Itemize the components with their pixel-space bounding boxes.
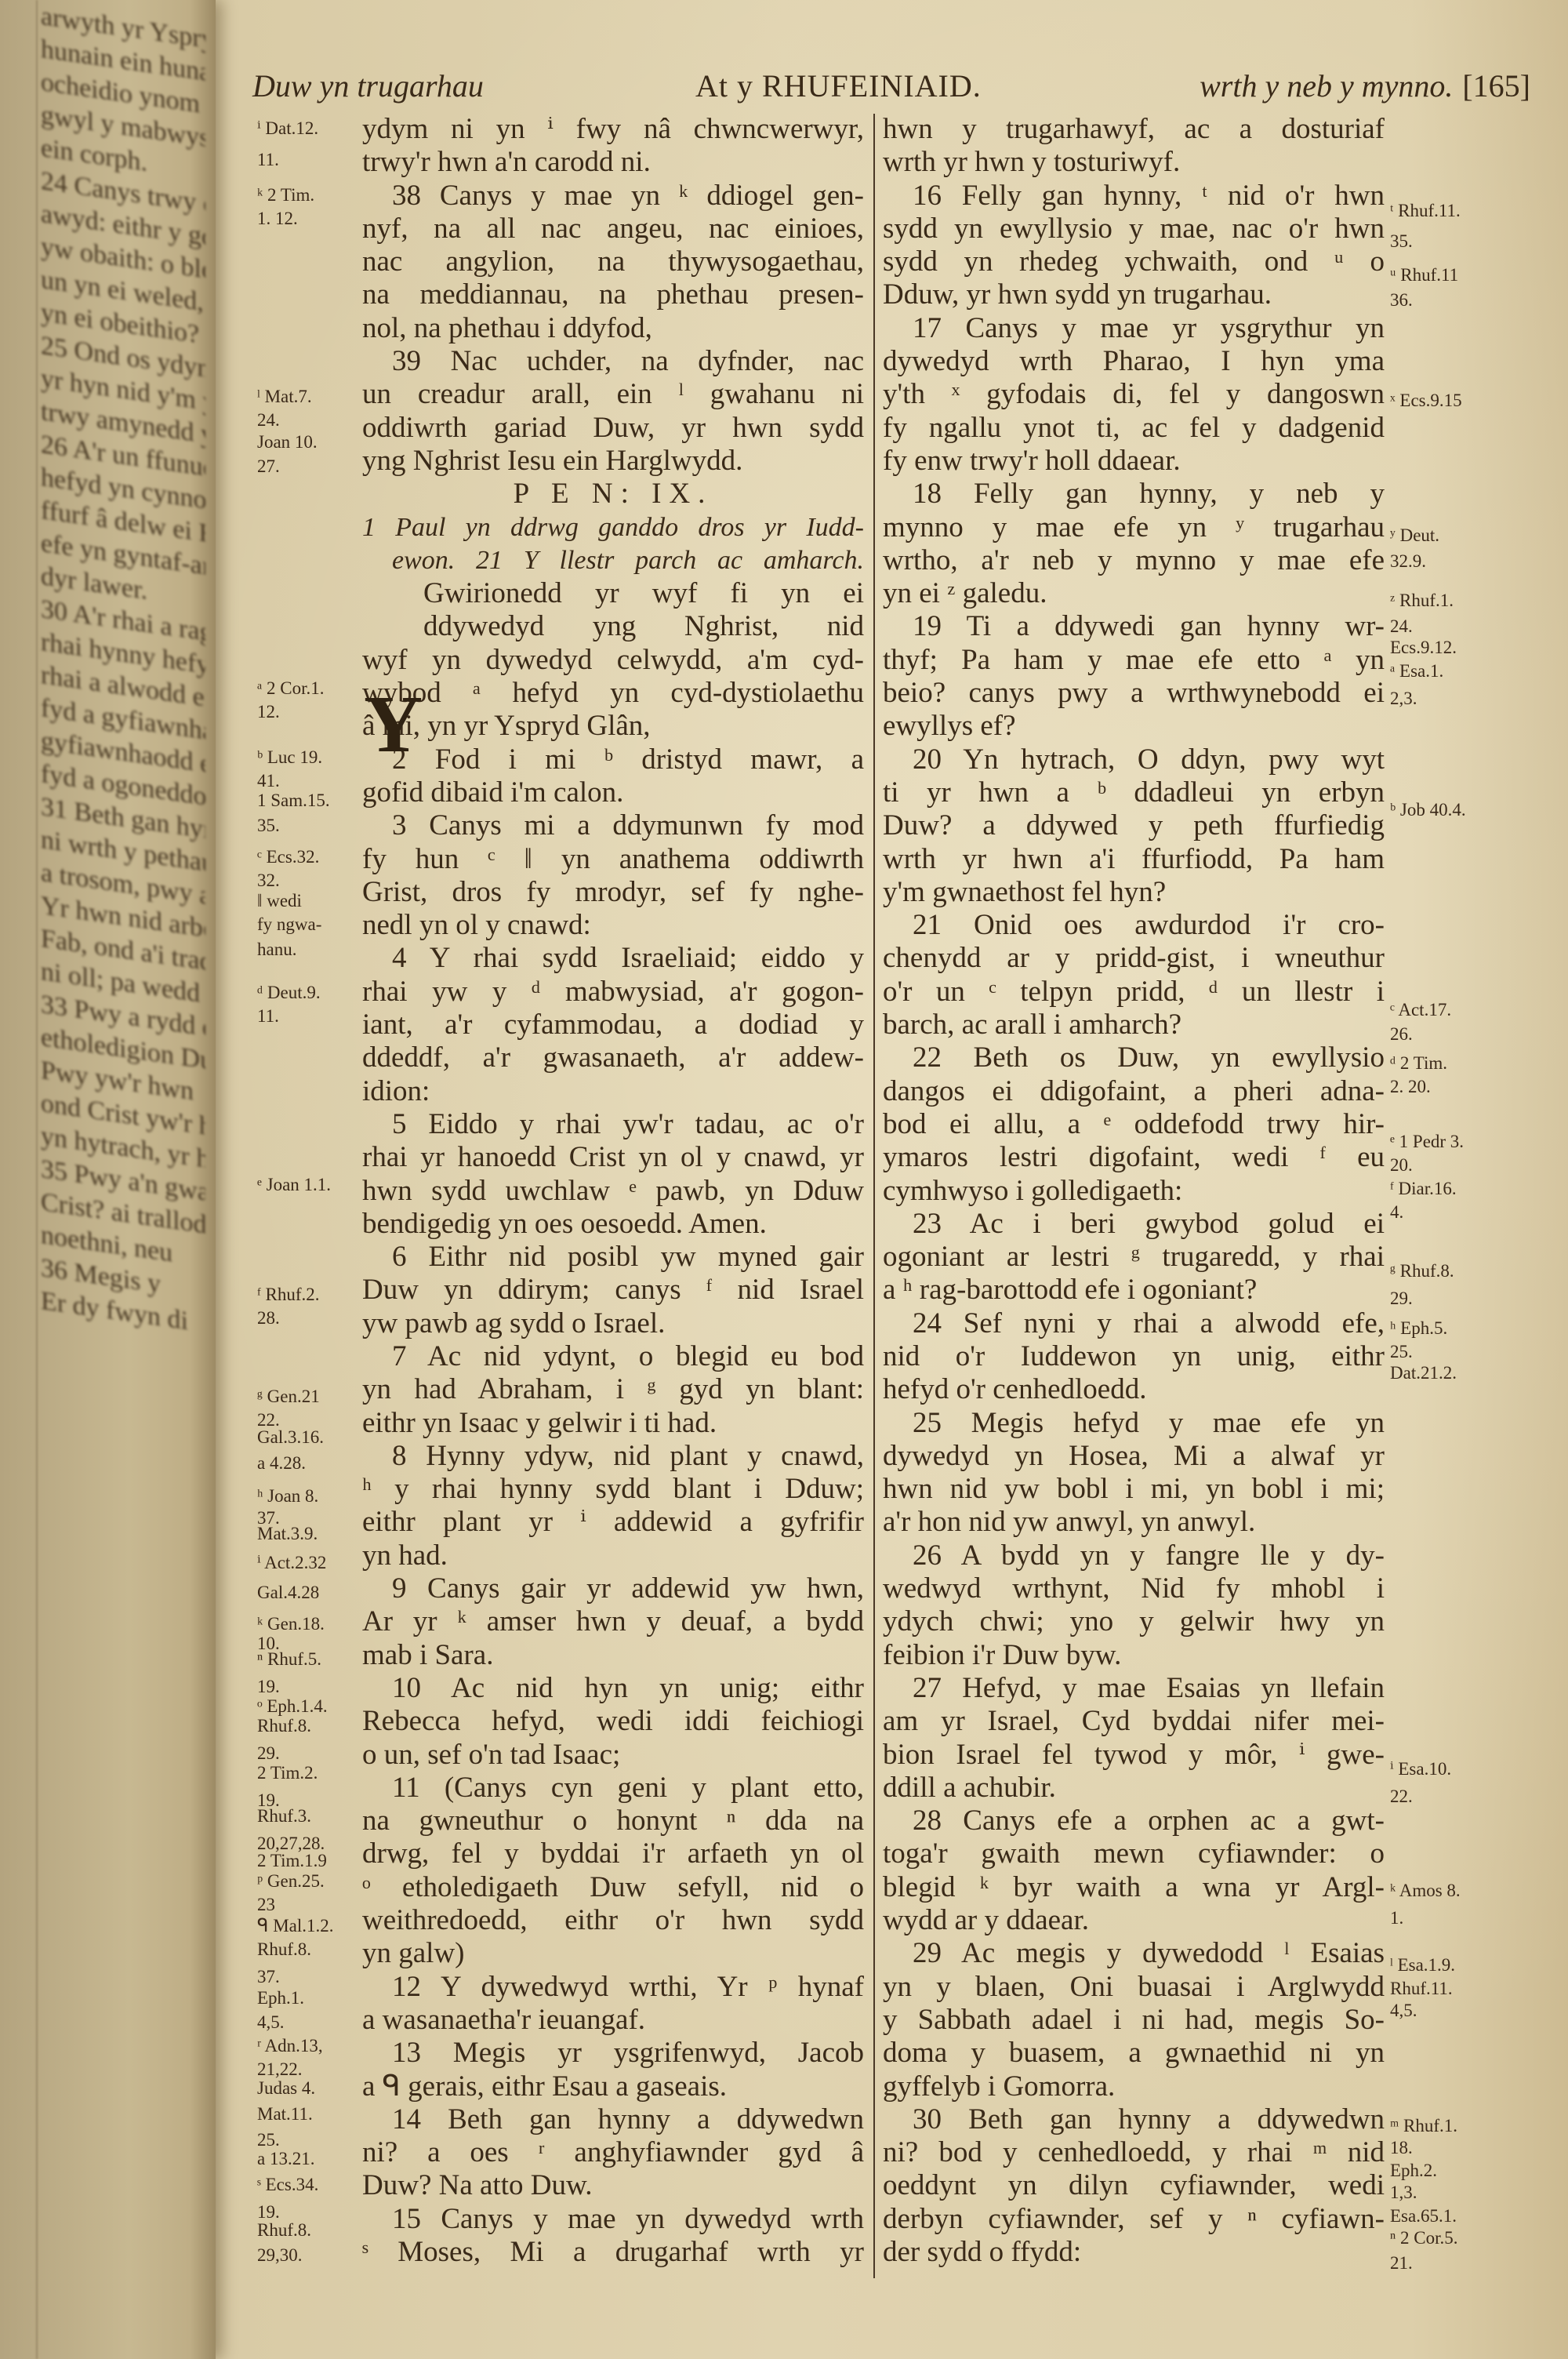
text-line: der sydd o ffydd: — [883, 2236, 1385, 2269]
margin-reference: 20. — [1390, 1157, 1413, 1173]
text-line: bion Israel fel tywod y môr, ⁱ gwe- — [883, 1739, 1385, 1772]
text-line: hwn y trugarhawyf, ac a dosturiaf — [883, 113, 1385, 146]
margin-reference: Mat.11. — [257, 2106, 313, 2122]
margin-reference: ˡ Mat.7. — [257, 388, 312, 405]
text-line: 24 Sef nyni y rhai a alwodd efe, — [883, 1307, 1385, 1340]
margin-reference: 41. — [257, 772, 280, 789]
margin-reference: ᵃ 2 Cor.1. — [257, 680, 325, 696]
margin-reference: 32. — [257, 872, 280, 889]
text-line: yn galw) — [362, 1937, 864, 1970]
margin-reference: ᵒ Eph.1.4. — [257, 1698, 328, 1714]
text-line: ᵒ etholedigaeth Duw sefyll, nid o — [362, 1871, 864, 1904]
margin-reference: ᵏ Amos 8. — [1390, 1882, 1461, 1899]
margin-reference: Gal.4.28 — [257, 1584, 319, 1601]
margin-reference: fy ngwa- — [257, 916, 321, 932]
margin-reference: 11. — [257, 1008, 279, 1024]
text-line: eithr yn Isaac y gelwir i ti had. — [362, 1407, 864, 1440]
margin-reference: 1. 12. — [257, 210, 298, 227]
text-line: sydd yn ewyllysio y mae, nac o'r hwn — [883, 213, 1385, 245]
text-line: ewyllys ef? — [883, 710, 1385, 743]
margin-reference: 21,22. — [257, 2061, 303, 2077]
text-line: y Sabbath adael i ni had, megis So- — [883, 2004, 1385, 2037]
text-line: 12 Y dywedwyd wrthi, Yr ᵖ hynaf — [362, 1971, 864, 2004]
text-line: nedl yn ol y cnawd: — [362, 909, 864, 942]
margin-reference: 25. — [257, 2132, 280, 2148]
margin-reference: ᵍ Gen.21 — [257, 1388, 320, 1405]
text-line: Ar yr ᵏ amser hwn y deuaf, a bydd — [362, 1605, 864, 1638]
margin-reference: 4,5. — [1390, 2002, 1417, 2019]
margin-reference: Eph.2. — [1390, 2162, 1437, 2179]
text-line: 27 Hefyd, y mae Esaias yn llefain — [883, 1672, 1385, 1705]
text-line: 30 Beth gan hynny a ddywedwn — [883, 2103, 1385, 2136]
text-line: 26 A bydd yn y fangre lle y dy- — [883, 1539, 1385, 1572]
text-line: 6 Eithr nid posibl yw myned gair — [362, 1241, 864, 1274]
text-line: mynno y mae efe yn ʸ trugarhau — [883, 511, 1385, 544]
text-line: dangos ei ddigofaint, a pheri adna- — [883, 1075, 1385, 1108]
text-line: ddeddf, a'r gwasanaeth, a'r addew- — [362, 1041, 864, 1074]
text-line: P E N: IX. — [362, 478, 864, 511]
margin-reference: Rhuf.8. — [257, 2222, 311, 2238]
running-header: Duw yn trugarhau At y RHUFEINIAID. wrth … — [252, 67, 1530, 107]
text-line: fy enw trwy'r holl ddaear. — [883, 445, 1385, 478]
margin-reference: ᵇ Luc 19. — [257, 749, 322, 765]
text-line: 7 Ac nid ydynt, o blegid eu bod — [362, 1340, 864, 1373]
text-line: 3 Canys mi a ddymunwn fy mod — [362, 809, 864, 842]
page-number: [165] — [1462, 68, 1530, 104]
column-divider — [873, 114, 875, 2278]
text-line: wrth yr hwn y tosturiwyf. — [883, 146, 1385, 179]
margin-reference: 12. — [257, 703, 280, 720]
margin-reference: Rhuf.11. — [1390, 1980, 1453, 1997]
margin-reference: Joan 10. — [257, 434, 318, 450]
margin-reference: ᶠ Rhuf.2. — [257, 1286, 320, 1303]
margin-reference: Eph.1. — [257, 1990, 304, 2006]
margin-reference: 22. — [257, 1412, 280, 1428]
text-line: trwy'r hwn a'n carodd ni. — [362, 146, 864, 179]
text-line: Rebecca hefyd, wedi iddi feichiogi — [362, 1705, 864, 1738]
margin-reference: 32.9. — [1390, 553, 1426, 569]
text-line: oeddynt yn dilyn cyfiawnder, wedi — [883, 2169, 1385, 2202]
text-line: Duw? Na atto Duw. — [362, 2169, 864, 2202]
margin-reference: a 4.28. — [257, 1455, 306, 1471]
text-line: barch, ac arall i amharch? — [883, 1009, 1385, 1041]
margin-reference: 19. — [257, 1678, 280, 1695]
text-line: 4 Y rhai sydd Israeliaid; eiddo y — [362, 942, 864, 975]
running-head-left: Duw yn trugarhau — [252, 67, 484, 104]
text-line: ymaros lestri digofaint, wedi ᶠ eu — [883, 1141, 1385, 1174]
text-line: ewon. 21 Y llestr parch ac amharch. — [362, 544, 864, 577]
margin-reference: ᵈ 2 Tim. — [1390, 1055, 1447, 1071]
text-line: ˢ Moses, Mi a drugarhaf wrth yr — [362, 2236, 864, 2269]
text-line: gyffelyb i Gomorra. — [883, 2070, 1385, 2103]
text-line: nyf, na all nac angeu, nac einioes, — [362, 213, 864, 245]
margin-reference: 18. — [1390, 2139, 1413, 2156]
margin-reference: 11. — [257, 151, 279, 168]
book-title: At y RHUFEINIAID. — [695, 67, 982, 104]
text-line: 18 Felly gan hynny, y neb y — [883, 478, 1385, 511]
margin-reference: ⁿ Rhuf.5. — [257, 1651, 321, 1667]
margin-reference: 29. — [1390, 1290, 1413, 1307]
margin-reference: 35. — [257, 817, 280, 834]
text-line: ni? bod y cenhedloedd, y rhai ᵐ nid — [883, 2136, 1385, 2169]
margin-reference: ᶜ Act.17. — [1390, 1001, 1451, 1018]
facing-page-text: arwyth yr Yspryd,hunain ein hunain hefyd… — [41, 0, 205, 1341]
margin-reference: 4,5. — [257, 2014, 285, 2030]
text-line: 9 Canys gair yr addewid yw hwn, — [362, 1572, 864, 1605]
margin-reference: ʸ Deut. — [1390, 527, 1439, 543]
text-line: bod ei allu, a ᵉ oddefodd trwy hir- — [883, 1108, 1385, 1141]
margin-reference: 37. — [257, 1968, 280, 1985]
text-line: a ʰ rag-barottodd efe i ogoniant? — [883, 1274, 1385, 1307]
running-head-right: wrth y neb y mynno.[165] — [1200, 67, 1530, 104]
text-line: un creadur arall, ein ˡ gwahanu ni — [362, 378, 864, 411]
margin-reference: ᵗ Rhuf.11. — [1390, 202, 1461, 219]
text-line: gofid dibaid i'm calon. — [362, 776, 864, 809]
text-line: 11 (Canys cyn geni y plant etto, — [362, 1772, 864, 1805]
margin-reference: 25. — [1390, 1343, 1413, 1360]
margin-reference: 2 Tim.1.9 — [257, 1852, 327, 1869]
margin-reference: 26. — [1390, 1026, 1413, 1042]
text-line: Duw yn ddirym; canys ᶠ nid Israel — [362, 1274, 864, 1307]
margin-reference: 2. 20. — [1390, 1078, 1431, 1095]
text-line: hwn sydd uwchlaw ᵉ pawb, yn Dduw — [362, 1175, 864, 1208]
margin-reference: ‖ wedi — [257, 892, 302, 909]
text-line: hwn nid yw bobl i mi, yn bobl i mi; — [883, 1473, 1385, 1506]
text-line: Dduw, yr hwn sydd yn trugarhau. — [883, 278, 1385, 311]
margin-reference: Gal.3.16. — [257, 1429, 324, 1445]
margin-reference: ʳ Adn.13, — [257, 2037, 323, 2054]
text-line: 8 Hynny ydyw, nid plant y cnawd, — [362, 1440, 864, 1473]
text-line: 16 Felly gan hynny, ᵗ nid o'r hwn — [883, 180, 1385, 213]
text-line: a wasanaetha'r ieuangaf. — [362, 2004, 864, 2037]
text-line: Gwirionedd yr wyf fi yn ei — [362, 577, 864, 610]
text-line: 1 Paul yn ddrwg ganddo dros yr Iudd- — [362, 511, 864, 544]
margin-reference: ˣ Ecs.9.15 — [1390, 392, 1462, 409]
margin-reference: Ecs.9.12. — [1390, 639, 1457, 656]
text-line: 21 Onid oes awdurdod i'r cro- — [883, 909, 1385, 942]
text-line: 25 Megis hefyd y mae efe yn — [883, 1407, 1385, 1440]
margin-reference: 27. — [257, 458, 280, 474]
left-text-column: ydym ni yn ⁱ fwy nâ chwncwerwyr,trwy'r h… — [362, 113, 864, 2269]
text-line: 5 Eiddo y rhai yw'r tadau, ac o'r — [362, 1108, 864, 1141]
margin-reference: ᶠ Diar.16. — [1390, 1180, 1457, 1197]
text-line: sydd yn rhedeg ychwaith, ond ᵘ o — [883, 245, 1385, 278]
margin-reference: 21. — [1390, 2255, 1413, 2271]
text-line: wrth yr hwn a'i ffurfiodd, Pa ham — [883, 843, 1385, 876]
margin-reference: ᵏ Gen.18. — [257, 1616, 325, 1632]
margin-reference: ʰ Eph.5. — [1390, 1320, 1447, 1336]
margin-reference: 24. — [1390, 618, 1413, 634]
text-line: nid o'r Iuddewon yn unig, eithr — [883, 1340, 1385, 1373]
text-line: 19 Ti a ddywedi gan hynny wr- — [883, 610, 1385, 643]
text-line: blegid ᵏ byr waith a wna yr Argl- — [883, 1871, 1385, 1904]
text-line: hefyd o'r cenhedloedd. — [883, 1373, 1385, 1406]
text-line: am yr Israel, Cyd byddai nifer mei- — [883, 1705, 1385, 1738]
text-line: oddiwrth gariad Duw, yr hwn sydd — [362, 412, 864, 445]
margin-reference: 1,3. — [1390, 2184, 1417, 2201]
text-line: wedwyd wrthynt, Nid fy mhobl i — [883, 1572, 1385, 1605]
margin-reference: 29. — [257, 1745, 280, 1761]
text-line: na meddiannau, na phethau presen- — [362, 278, 864, 311]
margin-reference: 22. — [1390, 1788, 1413, 1805]
book-page: arwyth yr Yspryd,hunain ein hunain hefyd… — [0, 0, 1568, 2359]
text-line: a ᑫ gerais, eithr Esau a gaseais. — [362, 2070, 864, 2103]
text-line: cymhwyso i golledigaeth: — [883, 1175, 1385, 1208]
text-line: ydych chwi; yno y gelwir hwy yn — [883, 1605, 1385, 1638]
text-line: 15 Canys y mae yn dywedyd wrth — [362, 2203, 864, 2236]
right-text-column: hwn y trugarhawyf, ac a dosturiafwrth yr… — [883, 113, 1385, 2269]
margin-reference: ᶻ Rhuf.1. — [1390, 592, 1454, 609]
margin-reference: Rhuf.8. — [257, 1941, 311, 1957]
text-line: wybod ᵃ hefyd yn cyd-dystiolaethu — [362, 677, 864, 710]
text-line: iant, a'r cyfammodau, a dodiad y — [362, 1009, 864, 1041]
margin-reference: 36. — [1390, 292, 1413, 308]
text-line: mab i Sara. — [362, 1639, 864, 1672]
text-line: ogoniant ar lestri ᵍ trugaredd, y rhai — [883, 1241, 1385, 1274]
text-line: bendigedig yn oes oesoedd. Amen. — [362, 1208, 864, 1241]
margin-reference: hanu. — [257, 941, 296, 958]
margin-reference: ᵐ Rhuf.1. — [1390, 2117, 1457, 2134]
margin-reference: 29,30. — [257, 2247, 303, 2263]
text-line: ddywedyd yng Nghrist, nid — [362, 610, 864, 643]
text-line: nol, na phethau i ddyfod, — [362, 312, 864, 345]
margin-reference: Esa.65.1. — [1390, 2208, 1457, 2224]
margin-reference: 4. — [1390, 1204, 1403, 1220]
margin-reference: 24. — [257, 412, 280, 428]
margin-reference: ᵘ Rhuf.11 — [1390, 267, 1458, 283]
text-line: ʰ y rhai hynny sydd blant i Dduw; — [362, 1473, 864, 1506]
text-line: 14 Beth gan hynny a ddywedwn — [362, 2103, 864, 2136]
text-line: ni? a oes ʳ anghyfiawnder gyd â — [362, 2136, 864, 2169]
text-line: 10 Ac nid hyn yn unig; eithr — [362, 1672, 864, 1705]
text-line: o'r un ᶜ telpyn pridd, ᵈ un llestr i — [883, 976, 1385, 1009]
text-line: 39 Nac uchder, na dyfnder, nac — [362, 345, 864, 378]
margin-reference: ⁱ Act.2.32 — [257, 1554, 326, 1571]
margin-reference: 19. — [257, 2204, 280, 2220]
text-line: ti yr hwn a ᵇ ddadleui yn erbyn — [883, 776, 1385, 809]
text-line: 2 Fod i mi ᵇ dristyd mawr, a — [362, 743, 864, 776]
margin-reference: ᵖ Gen.25. — [257, 1873, 325, 1889]
margin-reference: 28. — [257, 1310, 280, 1326]
margin-reference: a 13.21. — [257, 2150, 314, 2167]
text-line: rhai yr hanoedd Crist yn ol y cnawd, yr — [362, 1141, 864, 1174]
margin-reference: ᵈ Deut.9. — [257, 984, 321, 1001]
text-line: a'r hon nid yw anwyl, yn anwyl. — [883, 1506, 1385, 1539]
text-line: dywedyd yn Hosea, Mi a alwaf yr — [883, 1440, 1385, 1473]
text-line: idion: — [362, 1075, 864, 1108]
text-line: y'th ˣ gyfodais di, fel y dangoswn — [883, 378, 1385, 411]
margin-reference: ⁱ Esa.10. — [1390, 1761, 1451, 1777]
margin-reference: 1. — [1390, 1910, 1403, 1926]
margin-reference: ˡ Esa.1.9. — [1390, 1957, 1455, 1973]
text-line: dywedyd wrth Pharao, I hyn yma — [883, 345, 1385, 378]
text-line: 20 Yn hytrach, O ddyn, pwy wyt — [883, 743, 1385, 776]
drop-cap: Y — [364, 689, 423, 760]
margin-reference: Dat.21.2. — [1390, 1365, 1457, 1381]
text-line: 38 Canys y mae yn ᵏ ddiogel gen- — [362, 180, 864, 213]
text-line: 22 Beth os Duw, yn ewyllysio — [883, 1041, 1385, 1074]
margin-reference: 23 — [257, 1896, 275, 1913]
margin-reference: 20,27,28. — [257, 1835, 325, 1852]
text-line: 29 Ac megis y dywedodd ˡ Esaias — [883, 1937, 1385, 1970]
text-line: yng Nghrist Iesu ein Harglwydd. — [362, 445, 864, 478]
margin-reference: ⁿ 2 Cor.5. — [1390, 2230, 1457, 2246]
margin-reference: ᵍ Rhuf.8. — [1390, 1263, 1454, 1279]
margin-reference: 1 Sam.15. — [257, 792, 330, 809]
text-line: wrtho, a'r neb y mynno y mae efe — [883, 544, 1385, 577]
text-line: toga'r gwaith mewn cyfiawnder: o — [883, 1837, 1385, 1870]
margin-reference: ˢ Ecs.34. — [257, 2176, 318, 2193]
text-line: na gwneuthur o honynt ⁿ dda na — [362, 1805, 864, 1837]
text-line: feibion i'r Duw byw. — [883, 1639, 1385, 1672]
margin-reference: Rhuf.3. — [257, 1808, 311, 1824]
margin-reference: ᵏ 2 Tim. — [257, 187, 314, 203]
text-line: fy hun ᶜ ‖ yn anathema oddiwrth — [362, 843, 864, 876]
text-line: o un, sef o'n tad Isaac; — [362, 1739, 864, 1772]
text-line: beio? canys pwy a wrthwynebodd ei — [883, 677, 1385, 710]
text-line: fy ngallu ynot ti, ac fel y dadgenid — [883, 412, 1385, 445]
margin-reference: Mat.3.9. — [257, 1525, 318, 1542]
text-line: doma y buasem, a gwnaethid ni yn — [883, 2037, 1385, 2070]
facing-column-rule — [36, 0, 38, 2359]
text-line: wydd ar y ddaear. — [883, 1904, 1385, 1937]
margin-reference: 35. — [1390, 233, 1413, 249]
text-line: drwg, fel y byddai i'r arfaeth yn ol — [362, 1837, 864, 1870]
text-line: ydym ni yn ⁱ fwy nâ chwncwerwyr, — [362, 113, 864, 146]
margin-reference: ᵉ Joan 1.1. — [257, 1176, 331, 1193]
text-line: yn y blaen, Oni buasai i Arglwydd — [883, 1971, 1385, 2004]
margin-reference: Judas 4. — [257, 2080, 315, 2096]
margin-reference: ᶜ Ecs.32. — [257, 849, 319, 865]
margin-reference: ᑫ Mal.1.2. — [257, 1917, 334, 1934]
text-line: rhai yw y ᵈ mabwysiad, a'r gogon- — [362, 976, 864, 1009]
margin-reference: ᵉ 1 Pedr 3. — [1390, 1133, 1464, 1150]
text-line: 13 Megis yr ysgrifenwyd, Jacob — [362, 2037, 864, 2070]
text-line: nac angylion, na thywysogaethau, — [362, 245, 864, 278]
text-line: Grist, dros fy mrodyr, sef fy nghe- — [362, 876, 864, 909]
text-line: y'm gwnaethost fel hyn? — [883, 876, 1385, 909]
text-line: yn had. — [362, 1539, 864, 1572]
text-line: eithr plant yr ⁱ addewid a gyfrifir — [362, 1506, 864, 1539]
margin-reference: ⁱ Dat.12. — [257, 120, 318, 136]
text-line: 28 Canys efe a orphen ac a gwt- — [883, 1805, 1385, 1837]
facing-page: arwyth yr Yspryd,hunain ein hunain hefyd… — [0, 0, 216, 2359]
text-line: â mi, yn yr Yspryd Glân, — [362, 710, 864, 743]
text-line: 17 Canys y mae yr ysgrythur yn — [883, 312, 1385, 345]
text-line: wyf yn dywedyd celwydd, a'm cyd- — [362, 644, 864, 677]
margin-reference: ʰ Joan 8. — [257, 1488, 318, 1504]
text-line: yn ei ᶻ galedu. — [883, 577, 1385, 610]
text-line: Duw? a ddywed y peth ffurfiedig — [883, 809, 1385, 842]
text-line: derbyn cyfiawnder, sef y ⁿ cyfiawn- — [883, 2203, 1385, 2236]
text-line: 23 Ac i beri gwybod golud ei — [883, 1208, 1385, 1241]
running-head-right-text: wrth y neb y mynno. — [1200, 68, 1453, 104]
text-line: ddill a achubir. — [883, 1772, 1385, 1805]
margin-reference: 2 Tim.2. — [257, 1765, 318, 1781]
margin-reference: Rhuf.8. — [257, 1717, 311, 1734]
text-line: thyf; Pa ham y mae efe etto ᵃ yn — [883, 644, 1385, 677]
text-line: weithredoedd, eithr o'r hwn sydd — [362, 1904, 864, 1937]
text-line: chenydd ar y pridd-gist, i wneuthur — [883, 942, 1385, 975]
margin-reference: 2,3. — [1390, 690, 1417, 707]
text-line: yn had Abraham, i ᵍ gyd yn blant: — [362, 1373, 864, 1406]
margin-reference: ᵃ Esa.1. — [1390, 663, 1443, 679]
margin-reference: ᵇ Job 40.4. — [1390, 801, 1466, 818]
text-line: yw pawb ag sydd o Israel. — [362, 1307, 864, 1340]
